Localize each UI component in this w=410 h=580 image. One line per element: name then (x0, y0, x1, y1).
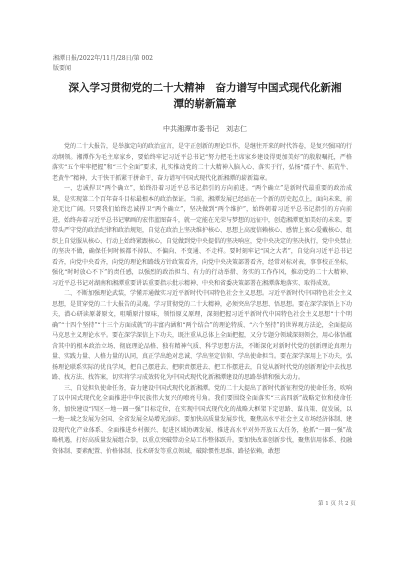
paragraph: 一、忠诚捍卫“两个确立”，始终沿着习近平总书记指引的方向前进。“两个确立”是新时… (52, 184, 352, 289)
title-line-2: 潭的崭新篇章 (40, 96, 370, 112)
article-body: 党的二十大报告，是举旗定向的政治宣言，是守正创新的理论巨作，是继往开来的时代答卷… (52, 142, 352, 457)
title-line-1: 深入学习贯彻党的二十大精神 奋力谱写中国式现代化新湘 (40, 80, 370, 96)
document-meta: 湘潭日报/2022年/11月/28日/第 002 版要闻 (53, 54, 153, 74)
section-label: 版要闻 (53, 64, 153, 74)
paragraph: 三、自觉担负使命任务，奋力建设中国式现代化新湘潭。党的二十大提出了新时代新征程党… (52, 384, 352, 458)
article-title: 深入学习贯彻党的二十大精神 奋力谱写中国式现代化新湘 潭的崭新篇章 (40, 80, 370, 112)
page-number: 第 1 页 共 2 页 (318, 499, 356, 507)
paragraph: 党的二十大报告，是举旗定向的政治宣言，是守正创新的理论巨作，是继往开来的时代答卷… (52, 142, 352, 184)
byline: 中共湘潭市委书记 刘志仁 (0, 124, 410, 134)
paragraph: 二、不断加强理论武装，学懂弄通做实习近平新时代中国特色社会主义思想。习近平新时代… (52, 289, 352, 384)
source-line: 湘潭日报/2022年/11月/28日/第 002 (53, 54, 153, 64)
